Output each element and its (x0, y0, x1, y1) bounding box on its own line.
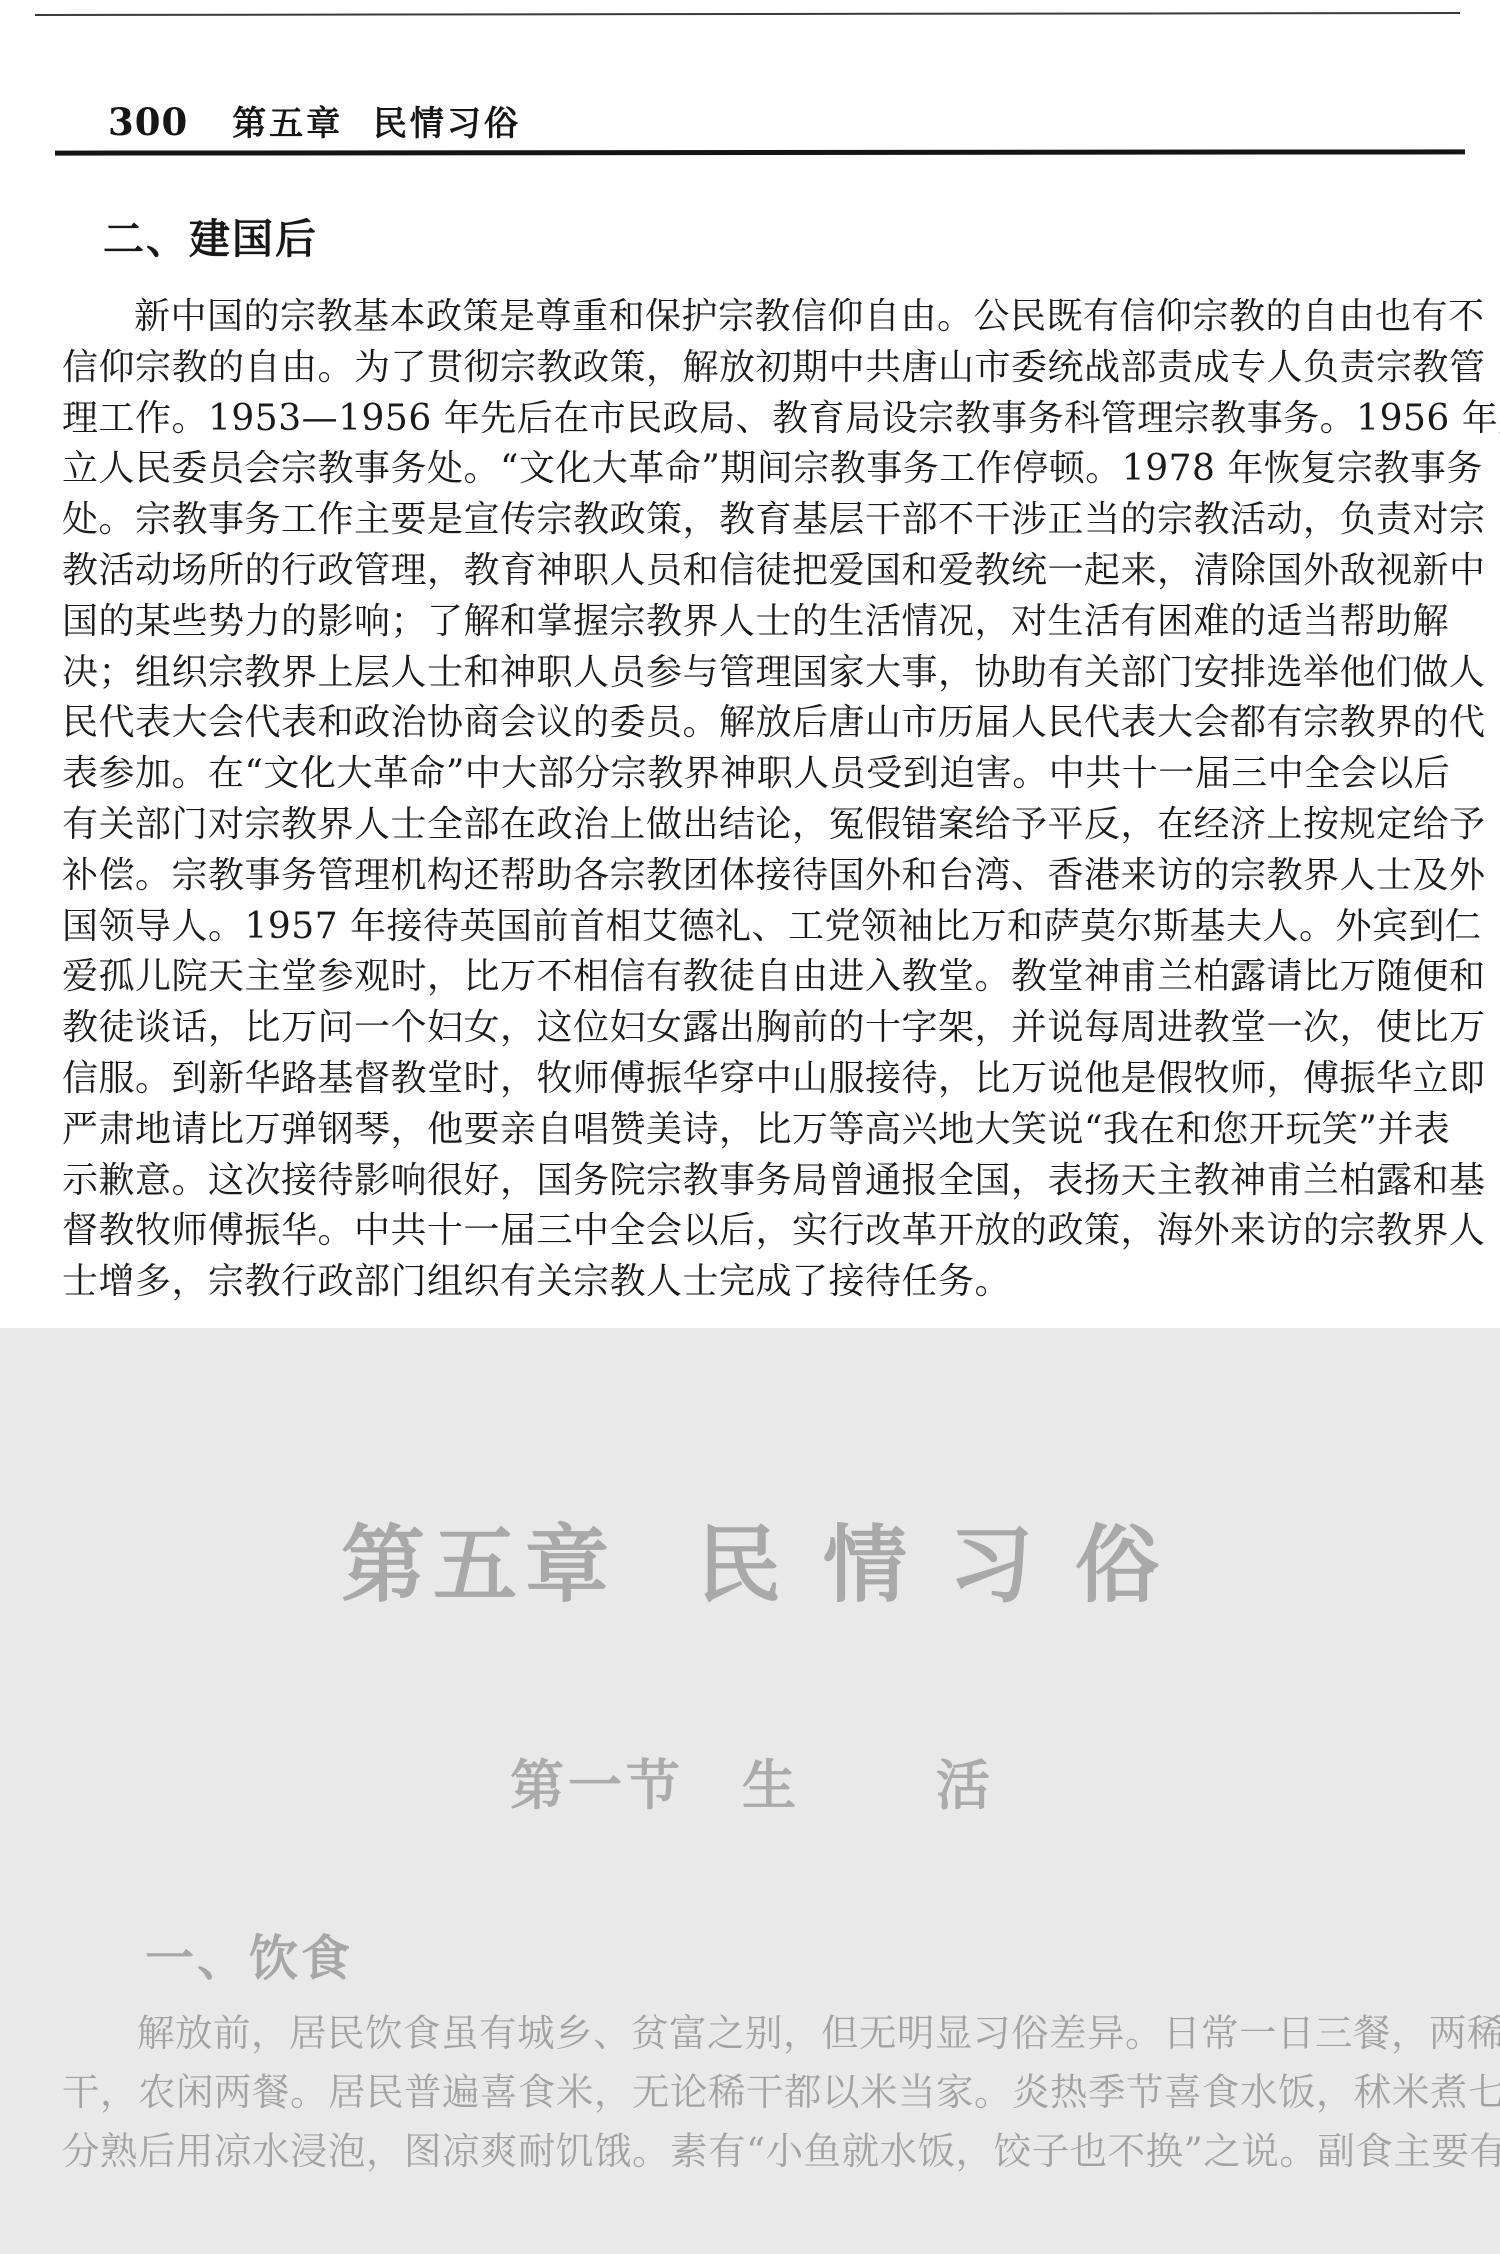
paragraph-line: 补偿。宗教事务管理机构还帮助各宗教团体接待国外和台湾、香港来访的宗教界人士及外 (62, 851, 1454, 902)
faded-section-number: 第一节 (510, 1753, 684, 1817)
paragraph-line: 民代表大会代表和政治协商会议的委员。解放后唐山市历届人民代表大会都有宗教界的代 (62, 698, 1454, 749)
paragraph-line: 国的某些势力的影响；了解和掌握宗教界人士的生活情况，对生活有困难的适当帮助解 (62, 597, 1454, 648)
paragraph-line: 信仰宗教的自由。为了贯彻宗教政策，解放初期中共唐山市委统战部责成专人负责宗教管 (62, 343, 1454, 394)
running-chapter-label: 第五章 民情习俗 (232, 96, 521, 145)
faded-paragraph-line: 分熟后用凉水浸泡，图凉爽耐饥饿。素有“小鱼就水饭，饺子也不换”之说。副食主要有 (62, 2122, 1454, 2181)
paragraph-line: 教徒谈话，比万问一个妇女，这位妇女露出胸前的十字架，并说每周进教堂一次，使比万 (62, 1003, 1454, 1054)
faded-paragraph: 解放前，居民饮食虽有城乡、贫富之别，但无明显习俗差异。日常一日三餐，两稀一 干，… (62, 2004, 1454, 2181)
paragraph-line: 爱孤儿院天主堂参观时，比万不相信有教徒自由进入教堂。教堂神甫兰柏露请比万随便和 (62, 952, 1454, 1003)
paragraph-line: 新中国的宗教基本政策是尊重和保护宗教信仰自由。公民既有信仰宗教的自由也有不 (62, 292, 1454, 343)
paragraph-line: 督教牧师傅振华。中共十一届三中全会以后，实行改革开放的政策，海外来访的宗教界人 (62, 1206, 1454, 1257)
faded-next-page: 第五章民情习俗 第一节生活 一、饮食 解放前，居民饮食虽有城乡、贫富之别，但无明… (0, 1328, 1500, 2254)
faded-paragraph-line: 干，农闲两餐。居民普遍喜食米，无论稀干都以米当家。炎热季节喜食水饭，秫米煮七八 (62, 2063, 1454, 2122)
faded-chapter-title: 第五章民情习俗 (0, 1498, 1500, 1619)
faded-chapter-name: 民情习俗 (697, 1515, 1201, 1614)
faded-chapter-number: 第五章 (341, 1515, 617, 1614)
paragraph-line: 立人民委员会宗教事务处。“文化大革命”期间宗教事务工作停顿。1978 年恢复宗教… (62, 444, 1454, 495)
paragraph-line: 决；组织宗教界上层人士和神职人员参与管理国家大事，协助有关部门安排选举他们做人 (62, 648, 1454, 699)
body-paragraph: 新中国的宗教基本政策是尊重和保护宗教信仰自由。公民既有信仰宗教的自由也有不 信仰… (62, 292, 1454, 1308)
header-rule (55, 149, 1465, 155)
faded-paragraph-line: 解放前，居民饮食虽有城乡、贫富之别，但无明显习俗差异。日常一日三餐，两稀一 (62, 2004, 1454, 2063)
paragraph-line: 信服。到新华路基督教堂时，牧师傅振华穿中山服接待，比万说他是假牧师，傅振华立即 (62, 1054, 1454, 1105)
paragraph-line: 严肃地请比万弹钢琴，他要亲自唱赞美诗，比万等高兴地大笑说“我在和您开玩笑”并表 (62, 1105, 1454, 1156)
page-number: 300 (108, 100, 188, 144)
paragraph-line: 表参加。在“文化大革命”中大部分宗教界神职人员受到迫害。中共十一届三中全会以后 (62, 749, 1454, 800)
top-hairline (35, 12, 1460, 16)
paragraph-line: 教活动场所的行政管理，教育神职人员和信徒把爱国和爱教统一起来，清除国外敌视新中 (62, 546, 1454, 597)
paragraph-line: 士增多，宗教行政部门组织有关宗教人士完成了接待任务。 (62, 1257, 1454, 1308)
faded-section-name: 生活 (742, 1753, 1130, 1817)
faded-section-title: 第一节生活 (0, 1743, 1500, 1820)
paragraph-line: 有关部门对宗教界人士全部在政治上做出结论，冤假错案给予平反，在经济上按规定给予 (62, 800, 1454, 851)
paragraph-line: 示歉意。这次接待影响很好，国务院宗教事务局曾通报全国，表扬天主教神甫兰柏露和基 (62, 1156, 1454, 1207)
section-heading: 二、建国后 (103, 206, 318, 265)
paragraph-line: 国领导人。1957 年接待英国前首相艾德礼、工党领袖比万和萨莫尔斯基夫人。外宾到… (62, 902, 1454, 953)
faded-subsection-heading: 一、饮食 (145, 1920, 353, 1990)
running-header: 300 第五章 民情习俗 (108, 96, 521, 145)
paragraph-line: 理工作。1953—1956 年先后在市民政局、教育局设宗教事务科管理宗教事务。1… (62, 394, 1454, 445)
paragraph-line: 处。宗教事务工作主要是宣传宗教政策，教育基层干部不干涉正当的宗教活动，负责对宗 (62, 495, 1454, 546)
